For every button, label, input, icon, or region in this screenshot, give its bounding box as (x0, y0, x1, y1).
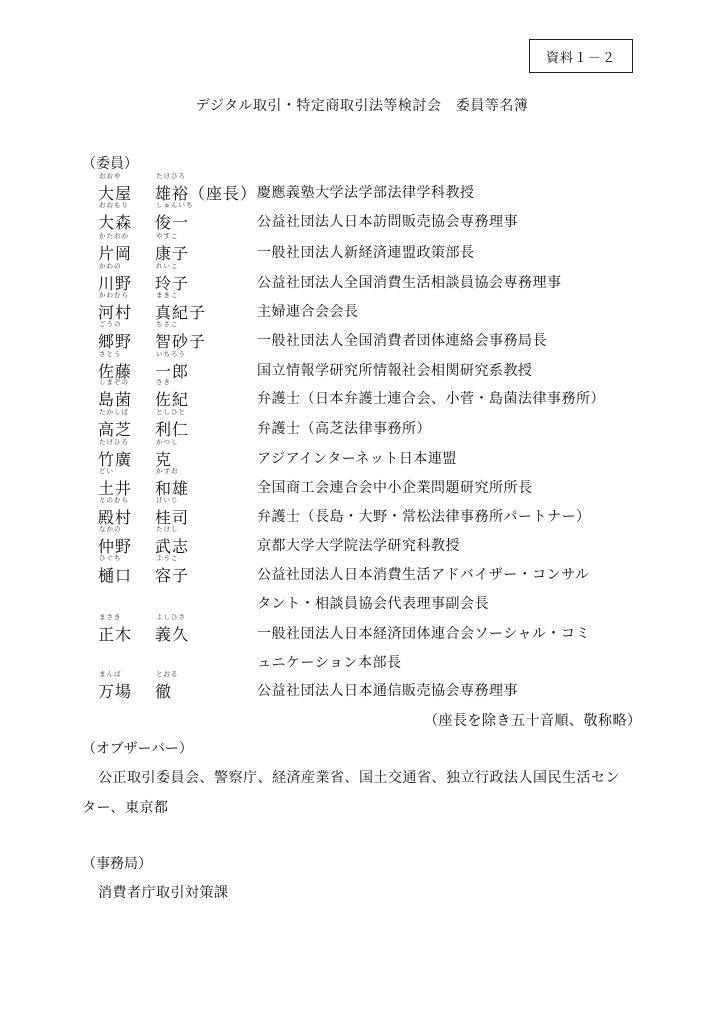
family-name-text: 大森 (98, 210, 132, 233)
member-affiliation: 主婦連合会会長 (257, 301, 359, 321)
given-name-reading: れいこ (156, 261, 179, 270)
given-name-reading: ようこ (156, 553, 179, 562)
family-name-reading: さとう (99, 349, 122, 358)
family-name-text: 万場 (98, 679, 132, 702)
given-name-reading: さき (156, 377, 171, 386)
given-name-reading: かずお (156, 466, 179, 475)
ordering-note: （座長を除き五十音順、敬称略） (424, 710, 642, 730)
family-name-text: 正木 (98, 622, 132, 645)
given-name-reading: よしひさ (156, 612, 186, 621)
member-affiliation: 一般社団法人日本経済団体連合会ソーシャル・コミ (257, 623, 590, 643)
member-affiliation: 一般社団法人全国消費者団体連絡会事務局長 (257, 330, 547, 350)
given-name-text: 容子 (155, 563, 189, 586)
given-name-reading: たけし (156, 524, 179, 533)
family-name-reading: おおもり (99, 200, 129, 209)
given-name-reading: いちろう (156, 349, 186, 358)
family-name-reading: たかしば (99, 407, 129, 416)
given-name-text: 俊一 (155, 210, 189, 233)
family-name-reading: とのむら (99, 495, 129, 504)
document-title: デジタル取引・特定商取引法等検討会 委員等名簿 (0, 95, 724, 115)
given-name-text: 徹 (155, 679, 172, 702)
member-affiliation: 公益社団法人日本訪問販売協会専務理事 (257, 211, 518, 231)
member-affiliation: 公益社団法人全国消費生活相談員協会専務理事 (257, 272, 562, 292)
family-name-reading: おおや (99, 171, 122, 180)
given-name-reading: けいじ (156, 495, 179, 504)
member-row: まさき正木よしひさ義久一般社団法人日本経済団体連合会ソーシャル・コミュニケーショ… (0, 621, 724, 649)
family-name-text: 樋口 (98, 563, 132, 586)
family-name-reading: ごうの (99, 319, 122, 328)
member-affiliation: 国立情報学研究所情報社会相関研究系教授 (257, 360, 533, 380)
given-name-text: 義久 (155, 622, 189, 645)
member-affiliation: 弁護士（高芝法律事務所） (257, 418, 431, 438)
given-name-reading: たけひろ (156, 171, 186, 180)
family-name-reading: たけひろ (99, 437, 129, 446)
member-affiliation: ュニケーション本部長 (257, 652, 401, 672)
member-affiliation: 公益社団法人日本通信販売協会専務理事 (257, 680, 518, 700)
observers-heading: （オブザーバー） (82, 738, 193, 758)
observers-line-2: ター、東京都 (82, 797, 168, 817)
member-row: まんば万場とおる徹公益社団法人日本通信販売協会専務理事 (0, 678, 724, 706)
given-name-reading: まきこ (156, 290, 179, 299)
family-name-reading: かたおか (99, 231, 129, 240)
committee-heading: （委員） (82, 153, 138, 173)
member-affiliation: 全国商工会連合会中小企業問題研究所所長 (257, 477, 533, 497)
member-affiliation: 弁護士（長島・大野・常松法律事務所パートナー） (257, 506, 591, 526)
member-affiliation: 京都大学大学院法学研究科教授 (257, 535, 460, 555)
member-affiliation: 慶應義塾大学法学部法律学科教授 (257, 182, 475, 202)
member-affiliation: タント・相談員協会代表理事副会長 (257, 593, 489, 613)
family-name-reading: まさき (99, 612, 122, 621)
secretariat-body: 消費者庁取引対策課 (98, 882, 229, 902)
given-name-reading: かつし (156, 437, 179, 446)
observers-line-1: 公正取引委員会、警察庁、経済産業省、国土交通省、独立行政法人国民生活セン (98, 767, 620, 787)
member-affiliation: 公益社団法人日本消費生活アドバイザー・コンサル (257, 564, 590, 584)
given-name-reading: やすこ (156, 231, 179, 240)
family-name-reading: しまぞの (99, 377, 129, 386)
family-name-reading: かわの (99, 261, 122, 270)
document-label: 資料１－２ (529, 39, 633, 73)
member-affiliation: 弁護士（日本弁護士連合会、小菅・島菌法律事務所） (257, 388, 605, 408)
family-name-reading: ひぐち (99, 553, 122, 562)
given-name-reading: ちさこ (156, 319, 179, 328)
family-name-reading: どい (99, 466, 114, 475)
given-name-reading: とおる (156, 669, 179, 678)
member-affiliation: 一般社団法人新経済連盟政策部長 (257, 242, 475, 262)
family-name-reading: まんば (99, 669, 122, 678)
family-name-reading: なかの (99, 524, 122, 533)
member-row: ひぐち樋口ようこ容子公益社団法人日本消費生活アドバイザー・コンサルタント・相談員… (0, 562, 724, 590)
member-affiliation: アジアインターネット日本連盟 (257, 448, 457, 468)
family-name-reading: かわむら (99, 290, 129, 299)
given-name-reading: しゅんいち (156, 200, 194, 209)
secretariat-heading: （事務局） (82, 853, 152, 873)
given-name-reading: としひと (156, 407, 186, 416)
